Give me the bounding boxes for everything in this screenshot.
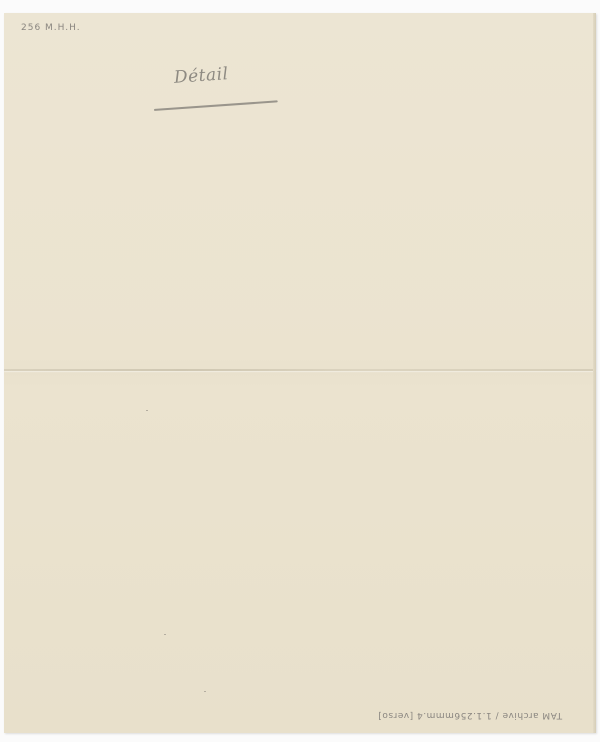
paper-speck: [164, 634, 166, 635]
handwritten-signature: Détail: [173, 64, 229, 88]
paper-speck: [146, 410, 148, 411]
fold-line: [4, 369, 596, 371]
catalog-note: 256 M.H.H.: [21, 23, 81, 33]
paper-sheet: 256 M.H.H. Détail TAM archive / 1.1.256m…: [4, 13, 596, 733]
paper-speck: [204, 691, 206, 692]
signature-underline: [154, 100, 278, 111]
archive-reference-note: TAM archive / 1.1.256mmm.4 [verso]: [352, 710, 588, 720]
